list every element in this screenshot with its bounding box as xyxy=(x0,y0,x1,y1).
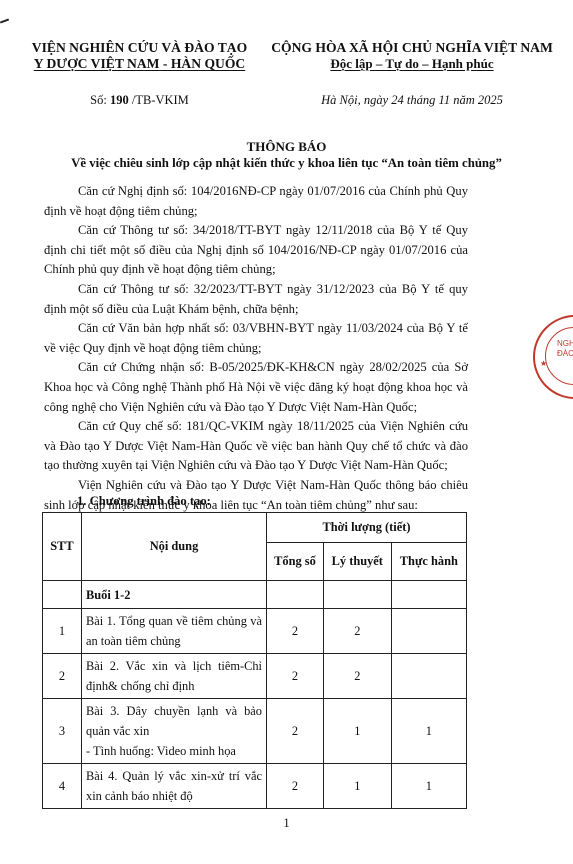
legal-basis-paragraph: Căn cứ Thông tư số: 34/2018/TT-BYT ngày … xyxy=(44,221,468,280)
header-practice: Thực hành xyxy=(391,543,466,581)
cell-total: 2 xyxy=(267,654,324,699)
cell-theory: 2 xyxy=(323,654,391,699)
cell-theory: 2 xyxy=(323,609,391,654)
legal-basis-paragraph: Căn cứ Quy chế số: 181/QC-VKIM ngày 18/1… xyxy=(44,417,468,476)
star-icon: ★ xyxy=(540,359,547,368)
cell-content: Bài 2. Vắc xin và lịch tiêm-Chỉ định& ch… xyxy=(82,654,267,699)
cell-stt: 3 xyxy=(43,699,82,764)
table-row: 3 Bài 3. Dây chuyền lạnh và bảo quản vắc… xyxy=(43,699,467,764)
session-label: Buổi 1-2 xyxy=(82,581,267,609)
legal-basis-paragraph: Căn cứ Chứng nhận số: B-05/2025/ĐK-KH&CN… xyxy=(44,358,468,417)
cell-stt: 1 xyxy=(43,609,82,654)
cell-practice: 1 xyxy=(391,764,466,809)
official-seal-stamp: NGH ĐÀC ★ xyxy=(533,315,573,399)
doc-number-value: 190 xyxy=(110,93,129,107)
cell-content-title: Bài 3. Dây chuyền lạnh và bảo quản vắc x… xyxy=(86,701,262,741)
cell-theory: 1 xyxy=(323,764,391,809)
org-name-line1: VIỆN NGHIÊN CỨU VÀ ĐÀO TẠO xyxy=(22,40,257,56)
doc-number-suffix: /TB-VKIM xyxy=(132,93,189,107)
cell-content: Bài 1. Tổng quan về tiêm chủng và an toà… xyxy=(82,609,267,654)
document-date: Hà Nội, ngày 24 tháng 11 năm 2025 xyxy=(252,93,572,108)
nation-title: CỘNG HÒA XÃ HỘI CHỦ NGHĨA VIỆT NAM xyxy=(252,40,572,56)
header-content: Nội dung xyxy=(82,513,267,581)
table-row: 2 Bài 2. Vắc xin và lịch tiêm-Chỉ định& … xyxy=(43,654,467,699)
header-theory: Lý thuyết xyxy=(323,543,391,581)
document-number: Số: 190 /TB-VKIM xyxy=(22,93,257,108)
cell-total: 2 xyxy=(267,609,324,654)
legal-basis-paragraph: Căn cứ Nghị định số: 104/2016NĐ-CP ngày … xyxy=(44,182,468,221)
doc-number-label: Số: xyxy=(90,93,107,107)
cell-theory: 1 xyxy=(323,699,391,764)
organization-header: VIỆN NGHIÊN CỨU VÀ ĐÀO TẠO Y DƯỢC VIỆT N… xyxy=(22,40,257,72)
cell-content: Bài 4. Quản lý vắc xin-xử trí vắc xin cả… xyxy=(82,764,267,809)
section-heading: 1. Chương trình đào tạo: xyxy=(77,494,211,509)
cell-stt: 2 xyxy=(43,654,82,699)
table-row: 1 Bài 1. Tổng quan về tiêm chủng và an t… xyxy=(43,609,467,654)
page-number: 1 xyxy=(0,816,573,831)
legal-basis-paragraph: Căn cứ Văn bản hợp nhất số: 03/VBHN-BYT … xyxy=(44,319,468,358)
cell-content-extra: - Tình huống: Video minh họa xyxy=(86,741,262,761)
cell-stt: 4 xyxy=(43,764,82,809)
document-body: Căn cứ Nghị định số: 104/2016NĐ-CP ngày … xyxy=(44,182,468,515)
header-duration: Thời lượng (tiết) xyxy=(267,513,467,543)
national-header: CỘNG HÒA XÃ HỘI CHỦ NGHĨA VIỆT NAM Độc l… xyxy=(252,40,572,72)
seal-text: NGH ĐÀC xyxy=(557,339,573,359)
header-total: Tổng số xyxy=(267,543,324,581)
cell-content: Bài 3. Dây chuyền lạnh và bảo quản vắc x… xyxy=(82,699,267,764)
table-row-session: Buổi 1-2 xyxy=(43,581,467,609)
cell-practice: 1 xyxy=(391,699,466,764)
header-stt: STT xyxy=(43,513,82,581)
pen-mark xyxy=(0,19,9,24)
document-subtitle: Về việc chiêu sinh lớp cập nhật kiến thứ… xyxy=(0,156,573,171)
table-row: 4 Bài 4. Quản lý vắc xin-xử trí vắc xin … xyxy=(43,764,467,809)
cell-total: 2 xyxy=(267,764,324,809)
org-name-line2: Y DƯỢC VIỆT NAM - HÀN QUỐC xyxy=(22,56,257,72)
national-motto: Độc lập – Tự do – Hạnh phúc xyxy=(252,56,572,72)
legal-basis-paragraph: Căn cứ Thông tư số: 32/2023/TT-BYT ngày … xyxy=(44,280,468,319)
training-program-table: STT Nội dung Thời lượng (tiết) Tổng số L… xyxy=(42,512,467,809)
cell-practice xyxy=(391,609,466,654)
cell-practice xyxy=(391,654,466,699)
cell-total: 2 xyxy=(267,699,324,764)
document-title: THÔNG BÁO xyxy=(0,139,573,155)
